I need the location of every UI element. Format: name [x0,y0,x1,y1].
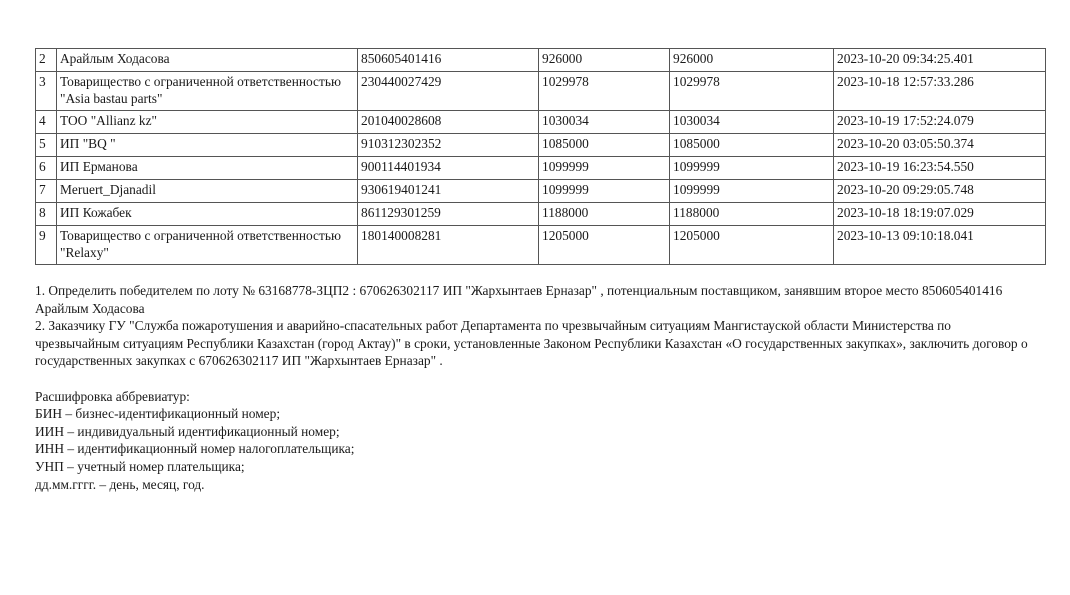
participant-name-cell: ИП "BQ " [57,134,358,157]
participant-name-cell: Meruert_Djanadil [57,180,358,203]
price-with-discount-cell: 1099999 [670,180,834,203]
table-row: 5ИП "BQ "910312302352108500010850002023-… [36,134,1046,157]
abbreviation-item: дд.мм.гггг. – день, месяц, год. [35,476,1045,494]
bin-iin-cell: 230440027429 [358,72,539,111]
abbreviation-item: УНП – учетный номер плательщика; [35,458,1045,476]
bin-iin-cell: 900114401934 [358,157,539,180]
submission-datetime-cell: 2023-10-20 09:29:05.748 [834,180,1046,203]
table-row: 9Товарищество с ограниченной ответственн… [36,226,1046,265]
price-with-discount-cell: 1030034 [670,111,834,134]
offered-price-cell: 1205000 [539,226,670,265]
price-with-discount-cell: 1099999 [670,157,834,180]
row-number-cell: 7 [36,180,57,203]
decision-item-2: 2. Заказчику ГУ "Служба пожаротушения и … [35,317,1035,370]
participant-name-cell: ТОО "Allianz kz" [57,111,358,134]
table-row: 3Товарищество с ограниченной ответственн… [36,72,1046,111]
abbreviation-item: ИИН – индивидуальный идентификационный н… [35,423,1045,441]
offered-price-cell: 1085000 [539,134,670,157]
abbreviations-title: Расшифровка аббревиатур: [35,388,1045,406]
participant-name-cell: Арайлым Ходасова [57,49,358,72]
row-number-cell: 4 [36,111,57,134]
offered-price-cell: 1099999 [539,157,670,180]
bids-table-body: 2Арайлым Ходасова85060540141692600092600… [36,49,1046,265]
abbreviations-section: Расшифровка аббревиатур: БИН – бизнес-ид… [35,388,1045,494]
submission-datetime-cell: 2023-10-20 09:34:25.401 [834,49,1046,72]
price-with-discount-cell: 1029978 [670,72,834,111]
offered-price-cell: 926000 [539,49,670,72]
submission-datetime-cell: 2023-10-19 17:52:24.079 [834,111,1046,134]
bin-iin-cell: 180140008281 [358,226,539,265]
table-row: 2Арайлым Ходасова85060540141692600092600… [36,49,1046,72]
participant-name-cell: ИП Ерманова [57,157,358,180]
participant-name-cell: Товарищество с ограниченной ответственно… [57,226,358,265]
row-number-cell: 8 [36,203,57,226]
row-number-cell: 3 [36,72,57,111]
participant-name-cell: Товарищество с ограниченной ответственно… [57,72,358,111]
bin-iin-cell: 861129301259 [358,203,539,226]
abbreviation-item: ИНН – идентификационный номер налогоплат… [35,440,1045,458]
row-number-cell: 6 [36,157,57,180]
offered-price-cell: 1188000 [539,203,670,226]
bin-iin-cell: 910312302352 [358,134,539,157]
row-number-cell: 9 [36,226,57,265]
submission-datetime-cell: 2023-10-18 18:19:07.029 [834,203,1046,226]
offered-price-cell: 1030034 [539,111,670,134]
row-number-cell: 5 [36,134,57,157]
price-with-discount-cell: 1085000 [670,134,834,157]
table-row: 4ТОО "Allianz kz"20104002860810300341030… [36,111,1046,134]
table-row: 7Meruert_Djanadil93061940124110999991099… [36,180,1046,203]
price-with-discount-cell: 1205000 [670,226,834,265]
submission-datetime-cell: 2023-10-19 16:23:54.550 [834,157,1046,180]
table-row: 8ИП Кожабек86112930125911880001188000202… [36,203,1046,226]
price-with-discount-cell: 1188000 [670,203,834,226]
bids-table: 2Арайлым Ходасова85060540141692600092600… [35,48,1046,265]
bin-iin-cell: 201040028608 [358,111,539,134]
submission-datetime-cell: 2023-10-18 12:57:33.286 [834,72,1046,111]
abbreviation-item: БИН – бизнес-идентификационный номер; [35,405,1045,423]
bin-iin-cell: 930619401241 [358,180,539,203]
row-number-cell: 2 [36,49,57,72]
bin-iin-cell: 850605401416 [358,49,539,72]
offered-price-cell: 1099999 [539,180,670,203]
submission-datetime-cell: 2023-10-20 03:05:50.374 [834,134,1046,157]
submission-datetime-cell: 2023-10-13 09:10:18.041 [834,226,1046,265]
price-with-discount-cell: 926000 [670,49,834,72]
participant-name-cell: ИП Кожабек [57,203,358,226]
protocol-document: 2Арайлым Ходасова85060540141692600092600… [35,48,1045,493]
offered-price-cell: 1029978 [539,72,670,111]
decision-section: 1. Определить победителем по лоту № 6316… [35,282,1035,370]
decision-item-1: 1. Определить победителем по лоту № 6316… [35,282,1035,317]
table-row: 6ИП Ерманова9001144019341099999109999920… [36,157,1046,180]
